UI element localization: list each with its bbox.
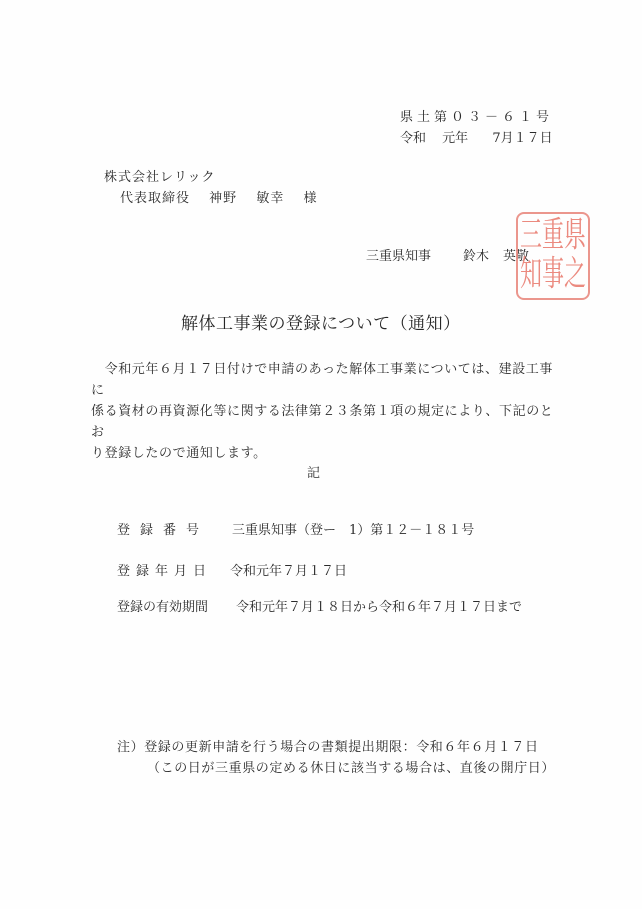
addressee-surname: 神野 <box>209 191 237 206</box>
record-label-validity-period: 登録の有効期間 <box>117 600 208 616</box>
record-label-registration-date: 登録年月日 <box>117 564 212 580</box>
notification-document: 県土第０３－６１号 令和 元年 7月１７日 株式会社レリック 代表取締役 神野 … <box>0 0 642 909</box>
record-value-registration-number: 三重県知事（登ー 1）第１２－１８１号 <box>232 523 474 539</box>
note-line-2: （この日が三重県の定める休日に該当する場合は、直後の開庁日） <box>147 761 555 777</box>
ki-heading: 記 <box>307 462 320 481</box>
sender: 三重県知事鈴木英敬 <box>366 249 529 265</box>
sender-position: 三重県知事 <box>366 249 431 264</box>
addressee-title: 代表取締役 <box>120 191 190 206</box>
record-label-registration-number: 登録番号 <box>117 523 209 539</box>
seal-column-2: 重 事 <box>542 217 564 295</box>
issue-date-month-day: 7月１７日 <box>492 131 552 147</box>
body-paragraph: 令和元年６月１７日付けで申請のあった解体工事業については、建設工事に 係る資材の… <box>91 359 561 464</box>
issue-date: 令和 元年 7月１７日 <box>400 131 553 147</box>
issue-date-year: 元年 <box>442 131 468 147</box>
addressee-given-name: 敏幸 <box>256 191 284 206</box>
reference-number: 県土第０３－６１号 <box>400 110 553 126</box>
body-line: 係る資材の再資源化等に関する法律第２３条第１項の規定により、下記のとお <box>91 401 561 443</box>
body-line: 令和元年６月１７日付けで申請のあった解体工事業については、建設工事に <box>91 359 561 401</box>
addressee-company: 株式会社レリック <box>104 170 215 186</box>
body-line: り登録したので通知します。 <box>91 443 561 464</box>
addressee-representative: 代表取締役 神野 敏幸 様 <box>120 191 331 207</box>
issue-date-era: 令和 <box>400 131 426 147</box>
document-title: 解体工事業の登録について（通知） <box>181 314 461 334</box>
seal-column-3: 三 知 <box>520 217 542 295</box>
seal-column-1: 県 之 <box>564 217 586 295</box>
note-line-1: 注）登録の更新申請を行う場合の書類提出期限：令和６年６月１７日 <box>117 740 539 756</box>
addressee-honorific: 様 <box>303 191 317 206</box>
official-seal-stamp: 県 之 重 事 三 知 <box>516 212 590 300</box>
sender-surname: 鈴木 <box>463 249 489 264</box>
record-value-registration-date: 令和元年７月１７日 <box>230 564 347 580</box>
record-value-validity-period: 令和元年７月１８日から令和６年７月１７日まで <box>236 600 522 616</box>
